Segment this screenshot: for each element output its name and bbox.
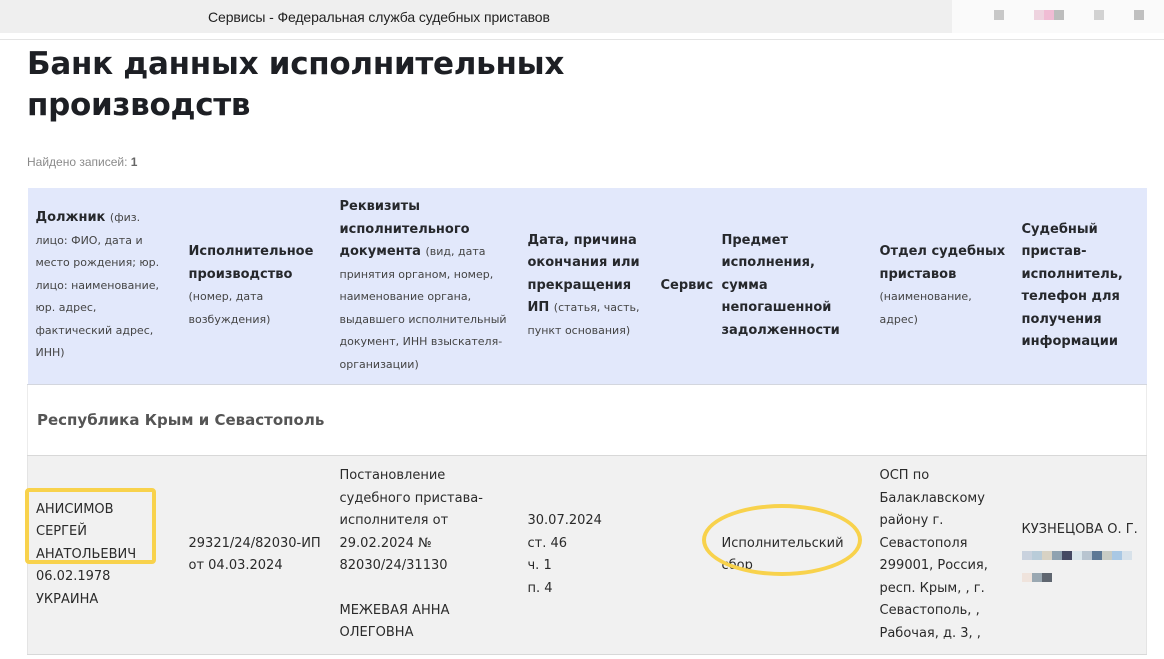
page-title: Банк данных исполнительных производств xyxy=(27,44,647,126)
end-date: 30.07.2024 xyxy=(528,510,645,533)
proceeding-cell: 29321/24/82030-ИП от 04.03.2024 xyxy=(181,456,332,655)
end-article: ст. 46 xyxy=(528,533,645,556)
column-header-department: Отдел судебных приставов(наименование, а… xyxy=(872,188,1014,385)
debtor-name-line3: АНАТОЛЬЕВИЧ xyxy=(36,544,173,567)
redacted-toolbar-area xyxy=(952,0,1164,33)
redacted-phone xyxy=(1022,546,1139,591)
column-header-debtor: Должник (физ. лицо: ФИО, дата и место ро… xyxy=(28,188,181,385)
table-header-row: Должник (физ. лицо: ФИО, дата и место ро… xyxy=(28,188,1147,385)
column-header-document: Реквизиты исполнительного документа (вид… xyxy=(332,188,520,385)
end-part: ч. 1 xyxy=(528,555,645,578)
region-row: Республика Крым и Севастополь xyxy=(28,385,1147,456)
debtor-birth-place: УКРАИНА xyxy=(36,589,173,612)
debtor-name-line2: СЕРГЕЙ xyxy=(36,521,173,544)
debtor-cell: АНИСИМОВ СЕРГЕЙ АНАТОЛЬЕВИЧ 06.02.1978 У… xyxy=(28,456,181,655)
column-header-proceeding: Исполнительное производство(номер, дата … xyxy=(181,188,332,385)
document-issuer: МЕЖЕВАЯ АННА ОЛЕГОВНА xyxy=(340,600,512,645)
header-divider xyxy=(0,39,1164,40)
document-cell: Постановление судебного пристава-исполни… xyxy=(332,456,520,655)
bailiff-name: КУЗНЕЦОВА О. Г. xyxy=(1022,519,1139,542)
table-row: АНИСИМОВ СЕРГЕЙ АНАТОЛЬЕВИЧ 06.02.1978 У… xyxy=(28,456,1147,655)
column-header-service: Сервис xyxy=(653,188,714,385)
debtor-name-line1: АНИСИМОВ xyxy=(36,499,173,522)
browser-tab-bar: Сервисы - Федеральная служба судебных пр… xyxy=(0,0,952,33)
region-name: Республика Крым и Севастополь xyxy=(28,385,1147,456)
subject-cell: Исполнительский сбор xyxy=(714,456,872,655)
document-details: Постановление судебного пристава-исполни… xyxy=(340,465,512,578)
end-cell: 30.07.2024 ст. 46 ч. 1 п. 4 xyxy=(520,456,653,655)
window-title: Сервисы - Федеральная служба судебных пр… xyxy=(208,9,550,25)
department-cell: ОСП по Балаклавскому району г. Севастопо… xyxy=(872,456,1014,655)
column-header-end-date: Дата, причина окончания или прекращения … xyxy=(520,188,653,385)
end-clause: п. 4 xyxy=(528,578,645,601)
column-header-bailiff: Судебный пристав-исполнитель, телефон дл… xyxy=(1014,188,1147,385)
results-table: Должник (физ. лицо: ФИО, дата и место ро… xyxy=(27,188,1147,655)
results-count-value: 1 xyxy=(131,155,138,169)
debtor-birth-date: 06.02.1978 xyxy=(36,566,173,589)
results-count: Найдено записей: 1 xyxy=(27,155,137,169)
service-cell xyxy=(653,456,714,655)
bailiff-cell: КУЗНЕЦОВА О. Г. xyxy=(1014,456,1147,655)
column-header-subject: Предмет исполнения, сумма непогашенной з… xyxy=(714,188,872,385)
results-count-label: Найдено записей: xyxy=(27,155,127,169)
